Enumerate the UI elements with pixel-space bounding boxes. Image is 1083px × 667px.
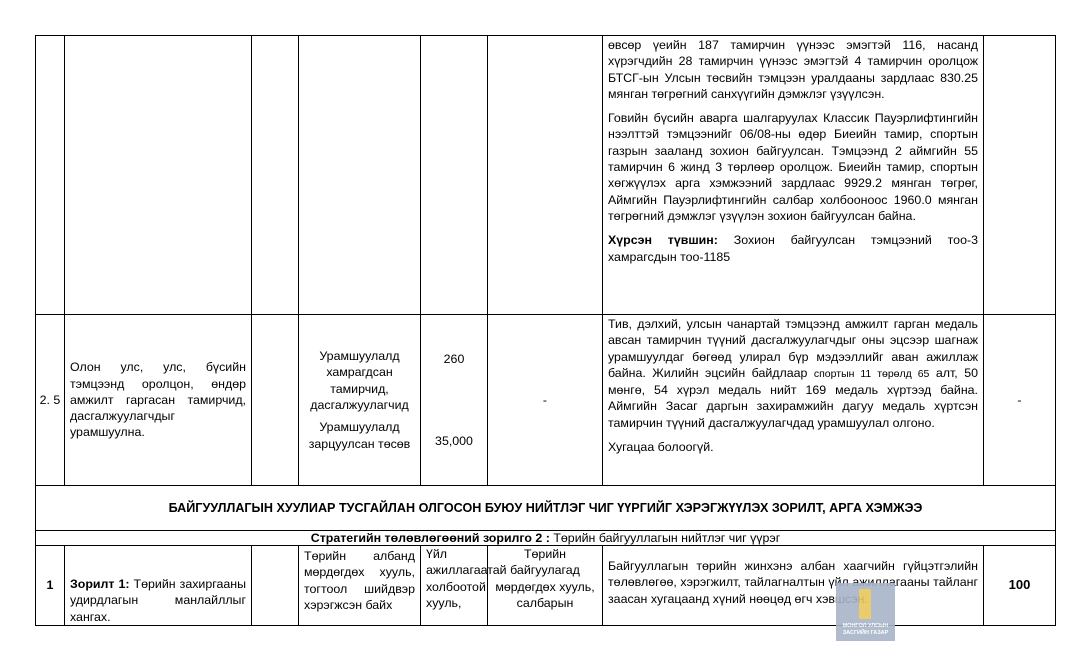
strategy-heading: Стратегийн төлөвлөгөөний зорилго 2 : Төр… [36, 531, 1056, 546]
report-table: өвсөр үеийн 187 тамирчин үүнээс эмэгтэй … [35, 35, 1056, 626]
progress-paragraph: Тив, дэлхий, улсын чанартай тэмцээнд амж… [608, 316, 978, 431]
row-number: 1 [36, 546, 65, 626]
cell-empty [252, 546, 299, 626]
achieved-level: Хүрсэн түвшин: Зохион байгуулсан тэмцээн… [608, 232, 978, 265]
score-value: - [984, 315, 1056, 486]
section-banner-row: БАЙГУУЛЛАГЫН ХУУЛИАР ТУСГАЙЛАН ОЛГОСОН Б… [36, 486, 1056, 531]
row-number: 2. 5 [36, 315, 65, 486]
cell-baseline [421, 36, 488, 315]
cell-progress: өвсөр үеийн 187 тамирчин үүнээс эмэгтэй … [603, 36, 984, 315]
progress-text: Байгууллагын төрийн жинхэнэ албан хаагчи… [603, 546, 984, 626]
indicator-cell: Урамшуулалд хамрагдсан тамирчид, дасгалж… [299, 315, 421, 486]
strategy-text: Төрийн байгууллагын нийтлэг чиг үүрэг [550, 531, 780, 545]
cell-indicator [299, 36, 421, 315]
table-row-2-5: 2. 5 Олон улс, улс, бүсийн тэмцээнд орол… [36, 315, 1056, 486]
achieved-level-label: Хүрсэн түвшин: [608, 233, 718, 247]
watermark-line-1: МОНГОЛ УЛСЫН [836, 623, 895, 630]
progress-cell: Тив, дэлхий, улсын чанартай тэмцээнд амж… [603, 315, 984, 486]
progress-paragraph: өвсөр үеийн 187 тамирчин үүнээс эмэгтэй … [608, 37, 978, 102]
cell-empty [252, 36, 299, 315]
cell-goal [65, 36, 252, 315]
table-row-continuation: өвсөр үеийн 187 тамирчин үүнээс эмэгтэй … [36, 36, 1056, 315]
value-1: 260 [426, 351, 482, 367]
goal-text: Зорилт 1: Төрийн захиргааны удирдлагын м… [65, 546, 252, 626]
soyombo-icon [859, 589, 871, 619]
strategy-row: Стратегийн төлөвлөгөөний зорилго 2 : Төр… [36, 531, 1056, 546]
cell-empty [252, 315, 299, 486]
value-cell: 260 35,000 [421, 315, 488, 486]
target-text: Төрийн байгуулагад мөрдөгдөх хууль, салб… [488, 546, 603, 626]
score-value: 100 [984, 546, 1056, 626]
value-2: 35,000 [426, 433, 482, 449]
cell-score [984, 36, 1056, 315]
table-row-1: 1 Зорилт 1: Төрийн захиргааны удирдлагын… [36, 546, 1056, 626]
baseline-text: Үйл ажиллагаатай холбоотой хууль, [421, 546, 488, 626]
goal-text: Олон улс, улс, бүсийн тэмцээнд оролцон, … [65, 315, 252, 486]
cell-target [488, 36, 603, 315]
cell-number [36, 36, 65, 315]
strategy-label: Стратегийн төлөвлөгөөний зорилго 2 : [311, 531, 550, 545]
progress-text-small: спортын 11 төрөлд 65 [814, 368, 930, 380]
indicator-1: Урамшуулалд хамрагдсан тамирчид, дасгалж… [304, 348, 415, 413]
baseline-value: - [488, 315, 603, 486]
indicator-2: Урамшуулалд зарцуулсан төсөв [304, 419, 415, 452]
progress-paragraph: Говийн бүсийн аварга шалгаруулах Классик… [608, 110, 978, 224]
section-banner: БАЙГУУЛЛАГЫН ХУУЛИАР ТУСГАЙЛАН ОЛГОСОН Б… [36, 486, 1056, 531]
goal-label: Зорилт 1: [70, 577, 130, 591]
status-text: Хугацаа болоогүй. [608, 439, 978, 455]
indicator-text: Төрийн албанд мөрдөгдөх хууль, тогтоол ш… [299, 546, 421, 626]
watermark-line-2: ЗАСГИЙН ГАЗАР [836, 630, 895, 637]
government-logo-watermark: МОНГОЛ УЛСЫН ЗАСГИЙН ГАЗАР [836, 583, 895, 641]
